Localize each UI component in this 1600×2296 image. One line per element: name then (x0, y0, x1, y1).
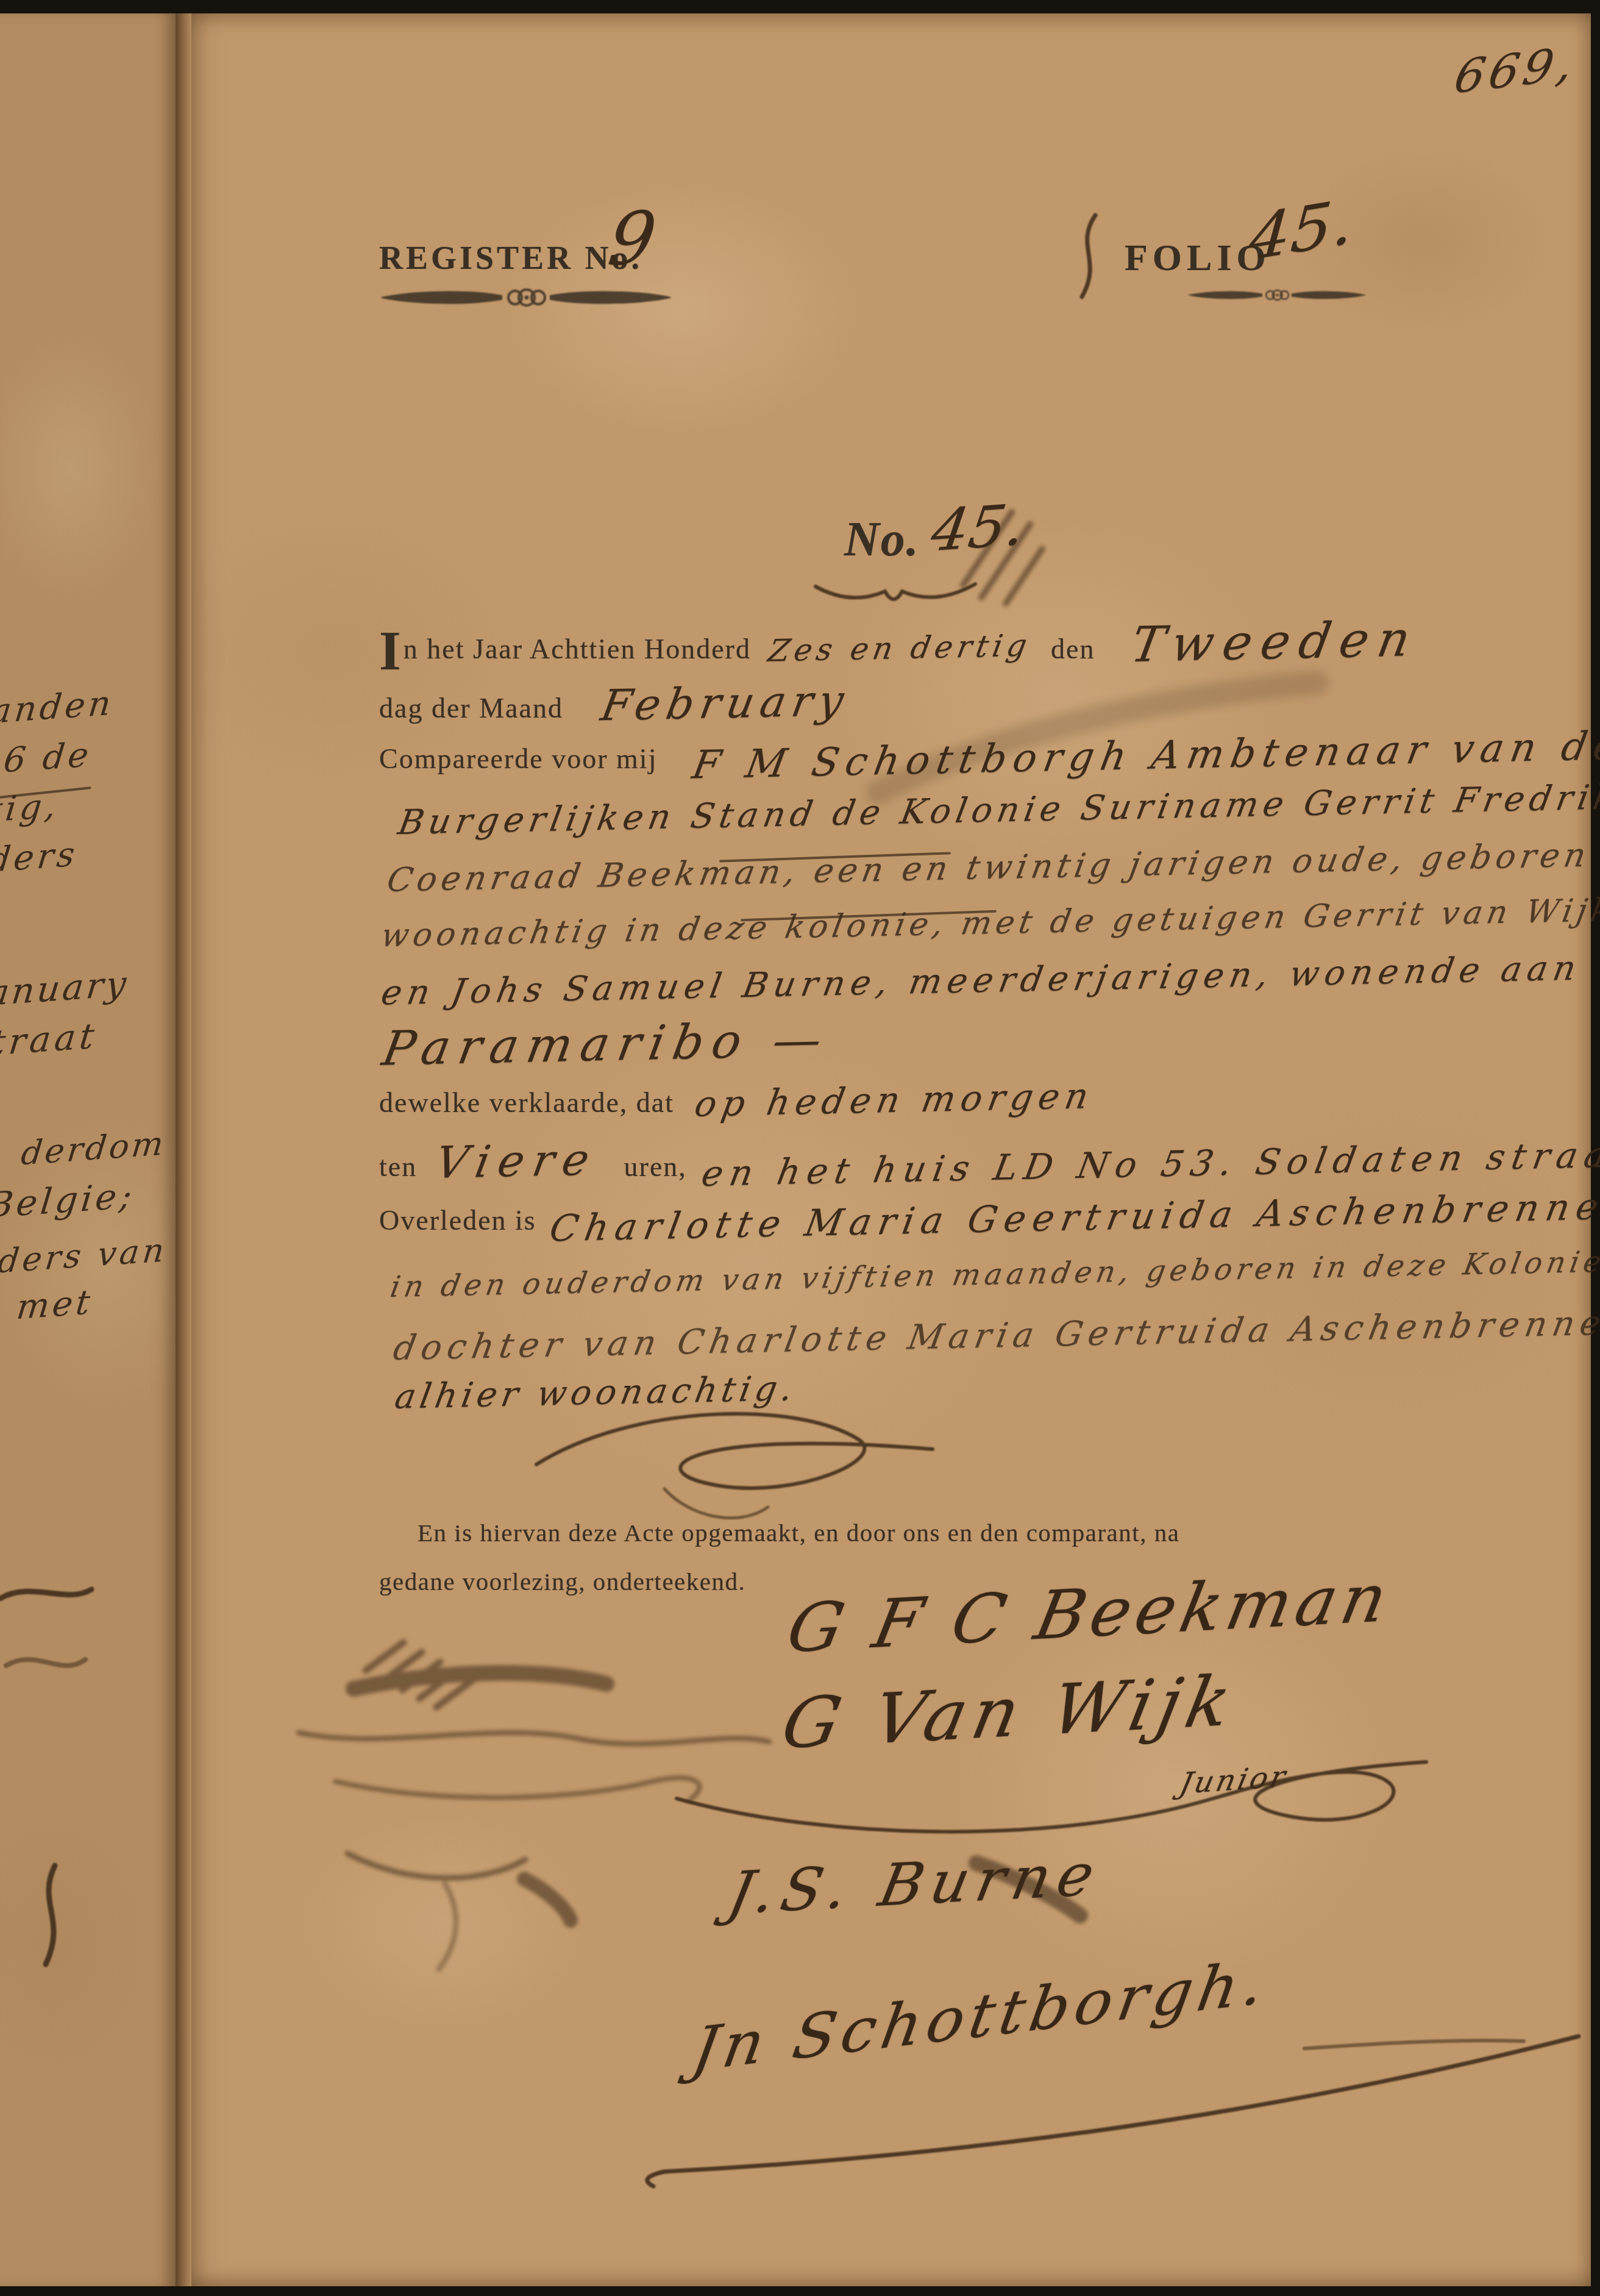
hand-entry-day: Tweeden (1128, 610, 1424, 673)
binding-crease (176, 13, 191, 2286)
body-line: dag der Maand February (379, 678, 848, 728)
body-line: Compareerde voor mij F M Schottborgh Amb… (379, 733, 1600, 778)
scanned-register-page: anden 46 de ftig, ders January straat de… (0, 0, 1600, 2296)
body-line: Overleden is Charlotte Maria Geertruida … (379, 1196, 1600, 1239)
printed-text: uren, (624, 1151, 687, 1182)
prev-page-fragment: straat (0, 1015, 100, 1065)
body-line: ten Viere uren, en het huis LD No 53. So… (379, 1135, 1600, 1186)
divider-ornament (377, 280, 675, 315)
prev-page-fragment: anden (0, 683, 116, 732)
register-label: REGISTER No. (379, 239, 642, 277)
prev-page-fragment: ders (0, 835, 80, 880)
hand-entry-line: Paramaribo — (379, 1012, 834, 1076)
prev-page-fragment: ders van (0, 1230, 169, 1280)
printed-text: dag der Maand (379, 693, 563, 724)
drop-cap-initial: I (379, 619, 404, 682)
prev-page-fragment: met (15, 1283, 95, 1327)
printed-text: Compareerde voor mij (379, 743, 657, 774)
hand-entry-address: en het huis LD No 53. Soldaten straat (699, 1133, 1600, 1194)
ink-fragment (0, 1574, 104, 1708)
hand-entry-time-of-day: op heden morgen (692, 1075, 1097, 1125)
hand-entry-year: Zes en dertig (766, 628, 1034, 669)
printed-text: den (1051, 633, 1095, 665)
prev-page-fragment: 46 de (0, 735, 93, 783)
act-number-label: No. (844, 512, 920, 568)
closing-text-line: En is hiervan deze Acte opgemaakt, en do… (418, 1518, 1179, 1547)
hand-entry-hour: Viere (432, 1133, 602, 1188)
printed-text: Overleden is (379, 1205, 536, 1236)
body-line: In het Jaar Achttien Honderd Zes en dert… (379, 613, 1418, 670)
prev-page-fragment: January (0, 963, 130, 1015)
printed-text: In het Jaar Achttien Honderd (379, 633, 751, 665)
printed-text: dewelke verklaarde, dat (379, 1087, 674, 1118)
prev-page-fragment: derdom (19, 1124, 168, 1172)
printed-text: n het Jaar Achttien Honderd (404, 633, 751, 665)
hand-entry-month: February (597, 676, 853, 730)
printed-text: ten (379, 1151, 417, 1182)
prev-page-fragment: Belgie; (0, 1175, 137, 1227)
act-number-value: 45. (927, 492, 1029, 565)
previous-page-edge: anden 46 de ftig, ders January straat de… (0, 13, 176, 2286)
ink-fragment (12, 1861, 98, 1970)
closing-text-line: gedane voorlezing, onderteekend. (379, 1567, 745, 1596)
body-line: dewelke verklaarde, dat op heden morgen (379, 1079, 1093, 1121)
divider-ornament (1186, 279, 1368, 311)
